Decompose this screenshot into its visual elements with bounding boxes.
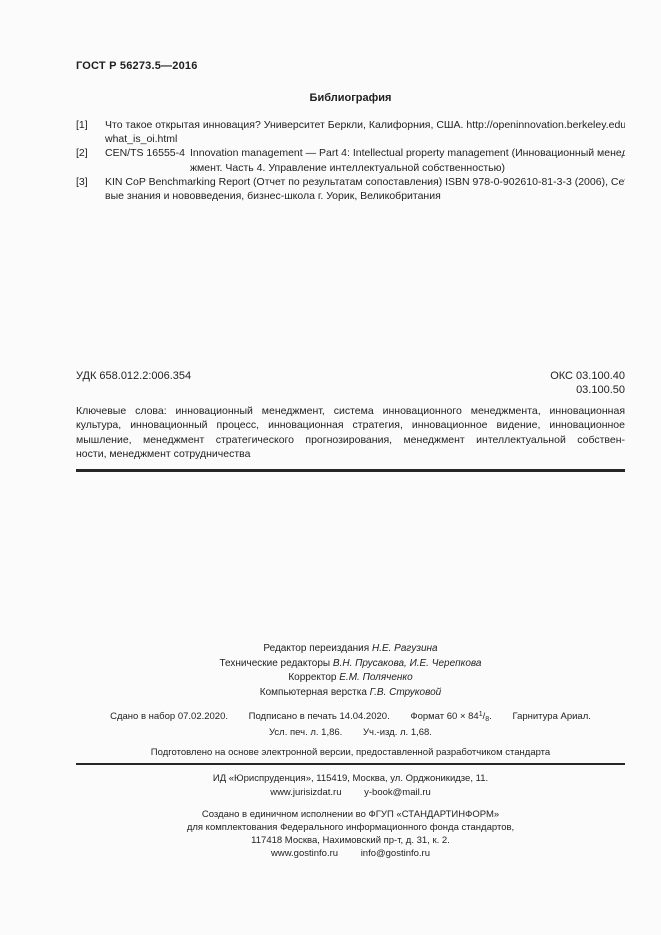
- credit-line: Технические редакторы В.Н. Прусакова, И.…: [76, 657, 625, 672]
- keywords-line: мышление, менеджмент стратегического про…: [76, 433, 625, 447]
- imprint-publisher-sheets: Уч.-изд. л. 1,68.: [363, 726, 432, 739]
- reference-text-line: Innovation management — Part 4: Intellec…: [190, 146, 625, 160]
- imprint-line: Усл. печ. л. 1,86. Уч.-изд. л. 1,68.: [76, 726, 625, 739]
- keywords-paragraph: Ключевые слова: инновационный менеджмент…: [76, 404, 625, 461]
- credit-role: Компьютерная верстка: [260, 687, 367, 698]
- credit-role: Корректор: [288, 672, 336, 683]
- standartinform-website: www.gostinfo.ru: [271, 847, 338, 860]
- udk-code: УДК 658.012.2:006.354: [76, 369, 191, 383]
- reference-text: KIN CoP Benchmarking Report (Отчет по ре…: [105, 175, 625, 203]
- imprint-printed-sheets: Усл. печ. л. 1,86.: [269, 726, 342, 739]
- horizontal-rule-thick: [76, 469, 625, 472]
- gost-standard-number: ГОСТ Р 56273.5—2016: [76, 60, 625, 72]
- oks-code-line: ОКС 03.100.40: [550, 369, 625, 383]
- publisher-contacts: www.jurisizdat.ru y-book@mail.ru: [76, 786, 625, 800]
- reference-text-line: вые знания и нововведения, бизнес-школа …: [105, 189, 625, 203]
- reference-text-line: Что такое открытая инновация? Университе…: [105, 118, 625, 132]
- horizontal-rule-thin: [76, 763, 625, 765]
- imprint-typeface: Гарнитура Ариал.: [512, 710, 590, 723]
- credit-names: Е.М. Поляченко: [339, 672, 412, 683]
- credit-names: Н.Е. Рагузина: [372, 643, 438, 654]
- standartinform-line: 117418 Москва, Нахимовский пр-т, д. 31, …: [76, 834, 625, 847]
- reference-designation: CEN/TS 16555-4: [105, 146, 185, 160]
- reference-number: [3]: [76, 175, 105, 203]
- imprint-set-date: Сдано в набор 07.02.2020.: [110, 710, 228, 723]
- standartinform-email: info@gostinfo.ru: [361, 847, 430, 860]
- credit-names: Г.В. Струковой: [370, 687, 442, 698]
- reference-item: [1] Что такое открытая инновация? Универ…: [76, 118, 625, 146]
- credit-role: Технические редакторы: [219, 658, 330, 669]
- publisher-website: www.jurisizdat.ru: [270, 786, 341, 800]
- bibliography-title: Библиография: [76, 92, 625, 104]
- publisher-address: ИД «Юриспруденция», 115419, Москва, ул. …: [76, 772, 625, 786]
- imprint-print-date: Подписано в печать 14.04.2020.: [249, 710, 390, 723]
- standartinform-contacts: www.gostinfo.ru info@gostinfo.ru: [76, 847, 625, 860]
- reference-text-line: KIN CoP Benchmarking Report (Отчет по ре…: [105, 175, 625, 189]
- reference-text-line: жмент. Часть 4. Управление интеллектуаль…: [190, 161, 625, 175]
- imprint-format: Формат 60 × 841/8.: [410, 708, 491, 726]
- credit-names: В.Н. Прусакова, И.Е. Черепкова: [333, 658, 482, 669]
- standartinform-line: для комплектования Федерального информац…: [76, 821, 625, 834]
- standartinform-line: Создано в единичном исполнении во ФГУП «…: [76, 808, 625, 821]
- standartinform-block: Создано в единичном исполнении во ФГУП «…: [76, 808, 625, 860]
- reference-item: [3] KIN CoP Benchmarking Report (Отчет п…: [76, 175, 625, 203]
- credit-line: Корректор Е.М. Поляченко: [76, 671, 625, 686]
- keywords-line: Ключевые слова: инновационный менеджмент…: [76, 404, 625, 418]
- reference-item: [2] CEN/TS 16555-4 Innovation management…: [76, 146, 625, 174]
- credits-block: Редактор переиздания Н.Е. Рагузина Техни…: [76, 642, 625, 700]
- credit-line: Компьютерная верстка Г.В. Струковой: [76, 686, 625, 701]
- reference-number: [1]: [76, 118, 105, 146]
- publisher-block: ИД «Юриспруденция», 115419, Москва, ул. …: [76, 772, 625, 799]
- imprint-block: Сдано в набор 07.02.2020. Подписано в пе…: [76, 708, 625, 739]
- keywords-line: ности, менеджмент сотрудничества: [76, 447, 625, 461]
- reference-text: Что такое открытая инновация? Университе…: [105, 118, 625, 146]
- credit-line: Редактор переиздания Н.Е. Рагузина: [76, 642, 625, 657]
- credit-role: Редактор переиздания: [263, 643, 369, 654]
- publisher-email: y-book@mail.ru: [364, 786, 431, 800]
- references-list: [1] Что такое открытая инновация? Универ…: [76, 118, 625, 203]
- reference-text: CEN/TS 16555-4 Innovation management — P…: [105, 146, 625, 174]
- imprint-line: Сдано в набор 07.02.2020. Подписано в пе…: [76, 708, 625, 726]
- reference-text-line: what_is_oi.html: [105, 132, 625, 146]
- keywords-line: культура, инновационный процесс, инновац…: [76, 418, 625, 432]
- reference-number: [2]: [76, 146, 105, 174]
- oks-codes: ОКС 03.100.40 03.100.50: [550, 369, 625, 397]
- prepared-note: Подготовлено на основе электронной верси…: [76, 747, 625, 759]
- document-page: ГОСТ Р 56273.5—2016 Библиография [1] Что…: [0, 0, 661, 935]
- oks-code-line: 03.100.50: [550, 383, 625, 397]
- classification-row: УДК 658.012.2:006.354 ОКС 03.100.40 03.1…: [76, 369, 625, 397]
